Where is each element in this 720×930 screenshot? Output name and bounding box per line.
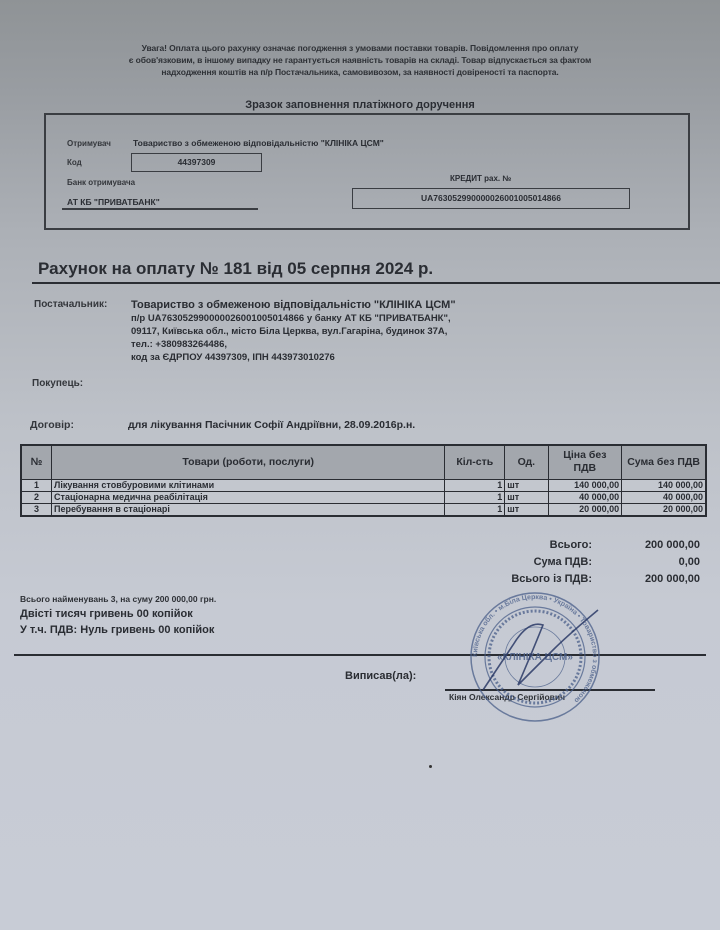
bank-underline — [62, 208, 258, 210]
supplier-account: п/р UA763052990000026001005014866 у банк… — [131, 312, 531, 325]
buyer-label: Покупець: — [32, 378, 83, 389]
vat-row: Сума ПДВ: 0,00 — [460, 554, 700, 571]
row-qty: 1 — [445, 503, 505, 516]
row-sum: 20 000,00 — [622, 503, 706, 516]
supplier-phone: тел.: +380983264486, — [131, 338, 531, 351]
col-sum: Сума без ПДВ — [622, 445, 706, 479]
row-name: Лікування стовбуровими клітинами — [52, 479, 445, 491]
svg-text:Київська обл. • м.Біла Церква: Київська обл. • м.Біла Церква • Україна … — [472, 594, 598, 704]
contract-value: для лікування Пасічник Софії Андріївни, … — [128, 419, 415, 431]
supplier-address: 09117, Київська обл., місто Біла Церква,… — [131, 325, 531, 338]
contract-label: Договір: — [30, 419, 74, 431]
col-name: Товари (роботи, послуги) — [52, 445, 445, 479]
signature-line — [445, 689, 655, 691]
row-num: 1 — [21, 479, 52, 491]
payment-sample-title: Зразок заповнення платіжного доручення — [0, 99, 720, 111]
summary-count: Всього найменувань 3, на суму 200 000,00… — [20, 594, 216, 604]
vat-label: Сума ПДВ: — [480, 554, 610, 571]
recipient-label: Отримувач — [67, 139, 111, 148]
row-sum: 40 000,00 — [622, 491, 706, 503]
warning-line-3: надходження коштів на п/р Постачальника,… — [80, 66, 640, 78]
invoice-title: Рахунок на оплату № 181 від 05 серпня 20… — [38, 259, 433, 279]
row-price: 40 000,00 — [548, 491, 622, 503]
col-qty: Кіл-сть — [445, 445, 505, 479]
total-row: Всього: 200 000,00 — [460, 537, 700, 554]
code-label: Код — [67, 158, 82, 167]
credit-account-field: UA763052990000026001005014866 — [352, 188, 630, 209]
summary-words: Двісті тисяч гривень 00 копійок У т.ч. П… — [20, 606, 214, 638]
row-price: 20 000,00 — [548, 503, 622, 516]
payment-warning: Увага! Оплата цього рахунку означає пого… — [80, 42, 640, 78]
supplier-name: Товариство з обмеженою відповідальністю … — [131, 298, 531, 312]
total-with-vat-row: Всього із ПДВ: 200 000,00 — [460, 571, 700, 588]
items-table-header: № Товари (роботи, послуги) Кіл-сть Од. Ц… — [21, 445, 706, 479]
total-value: 200 000,00 — [610, 537, 700, 554]
company-stamp-icon: Київська обл. • м.Біла Церква • Україна … — [458, 590, 613, 725]
summary-rule — [14, 654, 706, 656]
row-qty: 1 — [445, 479, 505, 491]
total-label: Всього: — [480, 537, 610, 554]
table-row: 3 Перебування в стаціонарі 1 шт 20 000,0… — [21, 503, 706, 516]
items-table: № Товари (роботи, послуги) Кіл-сть Од. Ц… — [20, 444, 707, 517]
total-with-vat-label: Всього із ПДВ: — [480, 571, 610, 588]
table-row: 2 Стаціонарна медична реабілітація 1 шт … — [21, 491, 706, 503]
vat-value: 0,00 — [610, 554, 700, 571]
issued-by-label: Виписав(ла): — [345, 670, 416, 682]
row-unit: шт — [505, 491, 548, 503]
table-row: 1 Лікування стовбуровими клітинами 1 шт … — [21, 479, 706, 491]
signer-name: Кіян Олександр Сергійович — [449, 692, 565, 702]
amount-in-words: Двісті тисяч гривень 00 копійок — [20, 606, 214, 622]
supplier-label: Постачальник: — [34, 299, 107, 310]
row-price: 140 000,00 — [548, 479, 622, 491]
totals-block: Всього: 200 000,00 Сума ПДВ: 0,00 Всього… — [460, 537, 700, 588]
credit-account-label: КРЕДИТ рах. № — [450, 174, 511, 183]
supplier-codes: код за ЄДРПОУ 44397309, ІПН 443973010276 — [131, 351, 531, 364]
code-field: 44397309 — [131, 153, 262, 172]
row-name: Стаціонарна медична реабілітація — [52, 491, 445, 503]
bank-name: АТ КБ "ПРИВАТБАНК" — [67, 197, 160, 207]
col-price: Ціна без ПДВ — [548, 445, 622, 479]
row-num: 3 — [21, 503, 52, 516]
warning-line-1: Увага! Оплата цього рахунку означає пого… — [80, 42, 640, 54]
row-sum: 140 000,00 — [622, 479, 706, 491]
row-name: Перебування в стаціонарі — [52, 503, 445, 516]
total-with-vat-value: 200 000,00 — [610, 571, 700, 588]
warning-line-2: є обов'язковим, в іншому випадку не гара… — [80, 54, 640, 66]
signature-scribble-icon — [483, 610, 598, 690]
bank-label: Банк отримувача — [67, 178, 135, 187]
row-qty: 1 — [445, 491, 505, 503]
recipient-name: Товариство з обмеженою відповідальністю … — [133, 138, 384, 148]
paper-speck — [429, 765, 432, 768]
supplier-details: Товариство з обмеженою відповідальністю … — [131, 298, 531, 364]
row-unit: шт — [505, 503, 548, 516]
row-unit: шт — [505, 479, 548, 491]
invoice-title-rule — [32, 282, 720, 284]
col-unit: Од. — [505, 445, 548, 479]
stamp-outer-text: Київська обл. • м.Біла Церква • Україна … — [472, 594, 598, 704]
row-num: 2 — [21, 491, 52, 503]
col-num: № — [21, 445, 52, 479]
vat-in-words: У т.ч. ПДВ: Нуль гривень 00 копійок — [20, 622, 214, 638]
